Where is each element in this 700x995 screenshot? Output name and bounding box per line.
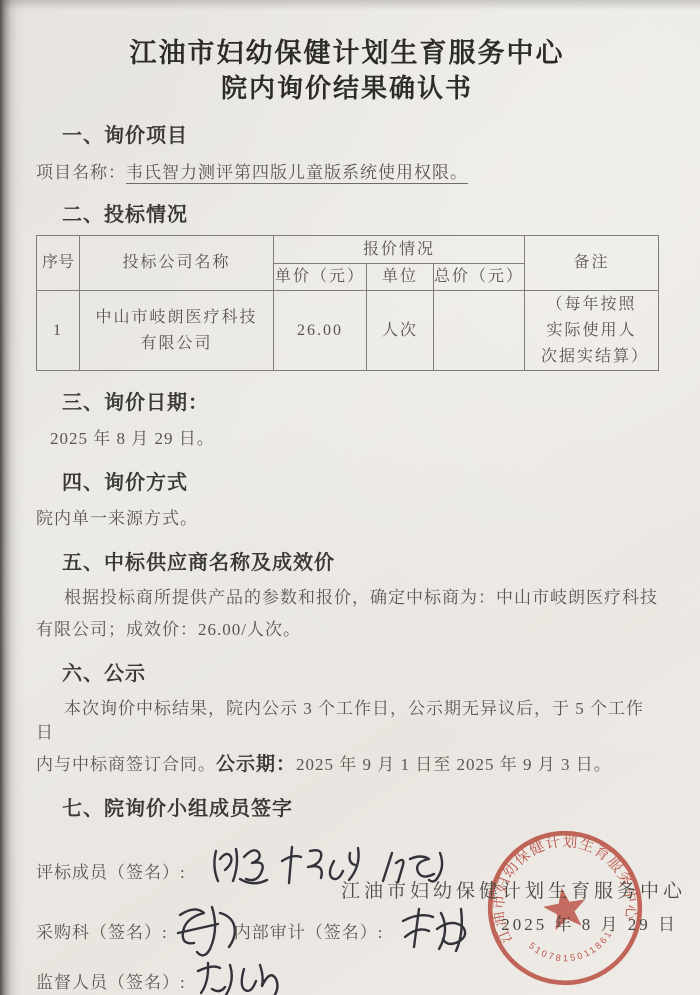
footer-org-name: 江油市妇幼保健计划生育服务中心 (341, 876, 686, 903)
evaluators-signature-label: 评标成员（签名）: (36, 858, 186, 883)
publicity-paragraph-line2: 内与中标商签订合同。公示期：2025 年 9 月 1 日至 2025 年 9 月… (36, 753, 658, 777)
scanned-document-page: 江油市妇幼保健计划生育服务中心 院内询价结果确认书 一、询价项目 项目名称：韦氏… (0, 0, 700, 995)
audit-signature-label: 内部审计（签名）: (234, 918, 384, 943)
cell-unit: 人次 (367, 291, 434, 371)
project-name-value: 韦氏智力测评第四版儿童版系统使用权限。 (126, 163, 468, 184)
award-paragraph-line2: 有限公司；成效价：26.00/人次。 (36, 618, 658, 642)
supervisor-handwritten-signature (192, 957, 280, 995)
section5-heading: 五、中标供应商名称及成效价 (62, 546, 658, 575)
supervisor-signature-label: 监督人员（签名）: (36, 968, 186, 993)
document-title-type: 院内询价结果确认书 (36, 74, 658, 104)
section2-heading: 二、投标情况 (62, 198, 658, 227)
section4-heading: 四、询价方式 (62, 466, 658, 495)
inquiry-method-value: 院内单一来源方式。 (36, 507, 658, 531)
cell-unit-price: 26.00 (274, 291, 367, 371)
cell-company: 中山市岐朗医疗科技有限公司 (80, 291, 274, 371)
publicity-period-dates: 2025 年 9 月 1 日至 2025 年 9 月 3 日。 (296, 755, 612, 774)
procurement-signature-label: 采购科（签名）: (36, 918, 168, 943)
col-header-unit: 单位 (367, 264, 434, 291)
cell-total-price (434, 291, 525, 371)
footer-date: 2025 年 8 月 29 日 (501, 910, 678, 935)
cell-seq: 1 (37, 291, 80, 371)
publicity-paragraph-line1: 本次询价中标结果，院内公示 3 个工作日，公示期无异议后，于 5 个工作日 (36, 697, 658, 745)
official-red-seal: 江油市妇幼保健计划生育服务中心 5107815011861 (470, 813, 660, 995)
table-row: 1 中山市岐朗医疗科技有限公司 26.00 人次 （每年按照实际使用人次据实结算… (37, 291, 659, 371)
col-header-unit-price: 单价（元） (274, 264, 367, 291)
award-paragraph-line1: 根据投标商所提供产品的参数和报价，确定中标商为：中山市岐朗医疗科技 (36, 586, 658, 610)
cell-remark: （每年按照实际使用人次据实结算） (525, 291, 659, 371)
col-header-company: 投标公司名称 (80, 236, 274, 291)
inquiry-date-value: 2025 年 8 月 29 日。 (50, 427, 658, 451)
bid-table: 序号 投标公司名称 报价情况 备注 单价（元） 单位 总价（元） 1 中山市岐朗… (36, 235, 659, 371)
col-header-seq: 序号 (37, 236, 80, 291)
document-title-org: 江油市妇幼保健计划生育服务中心 (36, 38, 658, 69)
col-header-remark: 备注 (525, 236, 659, 291)
publicity-line2-pre: 内与中标商签订合同。 (36, 755, 216, 774)
project-name-label: 项目名称： (36, 163, 126, 182)
section1-heading: 一、询价项目 (62, 119, 658, 148)
procurement-handwritten-signature (170, 899, 238, 957)
publicity-period-label: 公示期： (216, 754, 296, 775)
col-header-total-price: 总价（元） (434, 264, 525, 291)
section7-heading: 七、院询价小组成员签字 (62, 792, 658, 821)
section6-heading: 六、公示 (62, 657, 658, 686)
section3-heading: 三、询价日期： (62, 386, 658, 415)
col-header-quote-group: 报价情况 (274, 236, 525, 264)
audit-handwritten-signature (391, 901, 471, 955)
